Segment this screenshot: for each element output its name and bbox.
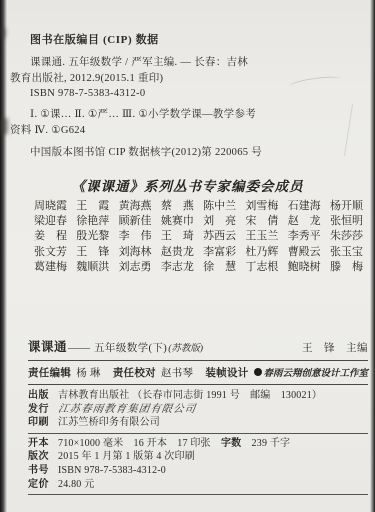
- info-row: 版次2015 年 1 月第 1 版第 4 次印刷: [28, 450, 368, 464]
- committee-member: 周晓霞: [34, 199, 67, 214]
- classification-line: 资料 Ⅳ. ①G624: [10, 123, 355, 139]
- committee-row: 姜 程殷光黎李 伟王 琦苏西云王玉兰李秀平朱莎莎: [34, 229, 363, 244]
- staff-row: 责任编辑杨 琳责任校对赵书琴装帧设计春雨云翔创意设计工作室: [28, 361, 368, 385]
- committee-member: 陈中兰: [203, 199, 236, 214]
- scan-edge-left: [0, 0, 7, 512]
- info-value: 吉林教育出版社 （长春市同志街 1991 号 邮编 130021）: [58, 389, 322, 403]
- chief-editor: 王 锋 主编: [302, 340, 368, 355]
- info-value-segment: 江苏竺桥印务有限公司: [58, 417, 160, 428]
- committee-member: 张玉宝: [330, 245, 363, 260]
- committee-member: 丁志根: [245, 260, 278, 275]
- colophon-title-row: 课课通——五年级数学(下)(苏教版) 王 锋 主编: [28, 337, 368, 361]
- staff-value: 春雨云翔创意设计工作室: [264, 365, 369, 379]
- committee-member: 姚赛巾: [161, 214, 194, 229]
- info-label: 书号: [28, 464, 58, 478]
- committee-row: 葛建梅魏顺洪刘志勇李志龙徐 慧丁志根鲍晓树滕 梅: [34, 260, 363, 275]
- committee-member: 张恒明: [330, 214, 363, 229]
- info-value-segment: 2015 年 1 月第 1 版第 4 次印刷: [58, 451, 195, 462]
- info-label: 开本: [28, 437, 58, 451]
- info-value-segment: 239 千字: [241, 438, 290, 449]
- classification-line: Ⅰ. ①课… Ⅱ. ①严… Ⅲ. ①小学数学课—教学参考: [10, 107, 355, 123]
- committee-member: 宋 倩: [245, 214, 278, 229]
- cip-record-number: 中国版本图书馆 CIP 数据核字(2012)第 220065 号: [30, 144, 262, 159]
- committee-member: 李秀平: [288, 229, 321, 244]
- info-value-segment: 江苏春雨教育集团有限公司: [57, 403, 197, 417]
- info-value: 710×1000 毫米 16 开本 17 印张 字数 239 千字: [58, 437, 290, 451]
- info-row: 印刷江苏竺桥印务有限公司: [28, 416, 368, 434]
- info-value-segment: 710×1000 毫米 16 开本 17 印张: [58, 438, 221, 449]
- info-value: 24.80 元: [58, 478, 94, 492]
- staff-item: 责任校对赵书琴: [113, 365, 194, 380]
- info-value: ISBN 978-7-5383-4312-0: [58, 464, 166, 478]
- committee-member: 梁迎春: [34, 214, 67, 229]
- info-value-segment: 吉林教育出版社 （长春市同志街 1991 号 邮编 130021）: [58, 390, 322, 401]
- cip-description-line: 课课通. 五年级数学 / 严军主编. — 长春：吉林: [10, 55, 345, 71]
- committee-member: 王 霞: [76, 199, 109, 214]
- staff-item: 装帧设计春雨云翔创意设计工作室: [205, 365, 368, 380]
- info-value: 江苏竺桥印务有限公司: [58, 416, 160, 430]
- committee-member: 曹殿云: [288, 245, 321, 260]
- committee-member-grid: 周晓霞王 霞黄海燕蔡 燕陈中兰刘雪梅石建海杨开顺梁迎春徐艳萍顾新佳姚赛巾刘 亮宋…: [34, 199, 363, 275]
- info-label: 版次: [28, 450, 58, 464]
- committee-member: 李 伟: [119, 229, 152, 244]
- info-value: 2015 年 1 月第 1 版第 4 次印刷: [58, 450, 195, 464]
- publication-info-table: 出版吉林教育出版社 （长春市同志街 1991 号 邮编 130021）发行江苏春…: [28, 389, 368, 495]
- info-row: 开本710×1000 毫米 16 开本 17 印张 字数 239 千字: [28, 437, 368, 451]
- staff-label: 责任编辑: [28, 365, 71, 380]
- committee-member: 杨开顺: [330, 199, 363, 214]
- committee-member: 徐艳萍: [76, 214, 109, 229]
- committee-member: 鲍晓树: [288, 260, 321, 275]
- committee-row: 张文芳王 锋刘海林赵贵龙李富彩杜乃辉曹殿云张玉宝: [34, 245, 363, 260]
- staff-value: 杨 琳: [76, 365, 101, 380]
- committee-row: 梁迎春徐艳萍顾新佳姚赛巾刘 亮宋 倩赵 龙张恒明: [34, 214, 363, 229]
- cip-header: 图书在版编目 (CIP) 数据: [30, 31, 159, 47]
- book-title: 五年级数学(下): [94, 343, 167, 354]
- info-row: 定价24.80 元: [28, 478, 368, 496]
- committee-member: 顾新佳: [119, 214, 152, 229]
- committee-member: 滕 梅: [330, 260, 363, 275]
- committee-member: 刘志勇: [119, 260, 152, 275]
- committee-member: 李志龙: [161, 260, 194, 275]
- committee-member: 葛建梅: [34, 260, 67, 275]
- committee-member: 赵贵龙: [161, 245, 194, 260]
- scanned-copyright-page: 图书在版编目 (CIP) 数据 课课通. 五年级数学 / 严军主编. — 长春：…: [0, 0, 375, 512]
- info-label: 印刷: [28, 416, 58, 430]
- info-row: 书号ISBN 978-7-5383-4312-0: [28, 464, 368, 478]
- colophon: 课课通——五年级数学(下)(苏教版) 王 锋 主编 责任编辑杨 琳责任校对赵书琴…: [28, 337, 368, 498]
- committee-title: 《课课通》系列丛书专家编委会成员: [0, 175, 375, 195]
- committee-member: 赵 龙: [288, 214, 321, 229]
- committee-member: 苏西云: [203, 229, 236, 244]
- staff-value: 赵书琴: [161, 365, 193, 380]
- staff-label: 装帧设计: [205, 365, 248, 380]
- info-label: 出版: [28, 389, 58, 403]
- committee-member: 刘海林: [119, 245, 152, 260]
- book-title-group: 课课通——五年级数学(下)(苏教版): [28, 337, 203, 356]
- scan-smudge-artifact: [0, 118, 8, 134]
- scan-smudge-artifact: [0, 28, 6, 38]
- info-value-segment: 24.80 元: [58, 479, 94, 490]
- committee-member: 殷光黎: [76, 229, 109, 244]
- committee-member: 刘 亮: [203, 214, 236, 229]
- committee-member: 李富彩: [203, 245, 236, 260]
- committee-member: 魏顺洪: [76, 260, 109, 275]
- committee-member: 石建海: [288, 199, 321, 214]
- edition-note: (苏教版): [168, 344, 203, 354]
- info-value-segment: ISBN 978-7-5383-4312-0: [58, 465, 166, 476]
- cip-classification-block: Ⅰ. ①课… Ⅱ. ①严… Ⅲ. ①小学数学课—教学参考 资料 Ⅳ. ①G624: [10, 107, 355, 138]
- committee-member: 刘雪梅: [245, 199, 278, 214]
- committee-member: 王 琦: [161, 229, 194, 244]
- info-label: 发行: [28, 403, 58, 417]
- committee-member: 王 锋: [76, 245, 109, 260]
- design-studio-logo-icon: [254, 368, 262, 376]
- series-dash: ——: [68, 342, 90, 354]
- committee-member: 姜 程: [34, 229, 67, 244]
- staff-label: 责任校对: [113, 365, 156, 380]
- committee-member: 杜乃辉: [245, 245, 278, 260]
- committee-member: 张文芳: [34, 245, 67, 260]
- committee-member: 朱莎莎: [330, 229, 363, 244]
- series-title: 课课通: [28, 340, 67, 354]
- cip-description-block: 课课通. 五年级数学 / 严军主编. — 长春：吉林 教育出版社, 2012.9…: [10, 55, 345, 102]
- committee-row: 周晓霞王 霞黄海燕蔡 燕陈中兰刘雪梅石建海杨开顺: [34, 199, 363, 214]
- committee-member: 黄海燕: [119, 199, 152, 214]
- committee-member: 蔡 燕: [161, 199, 194, 214]
- isbn-line: ISBN 978-7-5383-4312-0: [10, 86, 345, 102]
- info-label: 定价: [28, 478, 58, 492]
- staff-item: 责任编辑杨 琳: [28, 365, 101, 380]
- info-row: 发行江苏春雨教育集团有限公司: [28, 403, 368, 417]
- scan-edge-right: [370, 0, 375, 512]
- info-row: 出版吉林教育出版社 （长春市同志街 1991 号 邮编 130021）: [28, 389, 368, 403]
- committee-member: 徐 慧: [203, 260, 236, 275]
- committee-member: 王玉兰: [245, 229, 278, 244]
- info-value: 江苏春雨教育集团有限公司: [58, 403, 196, 417]
- cip-description-line: 教育出版社, 2012.9(2015.1 重印): [10, 71, 345, 87]
- info-value-segment: 字数: [221, 438, 241, 449]
